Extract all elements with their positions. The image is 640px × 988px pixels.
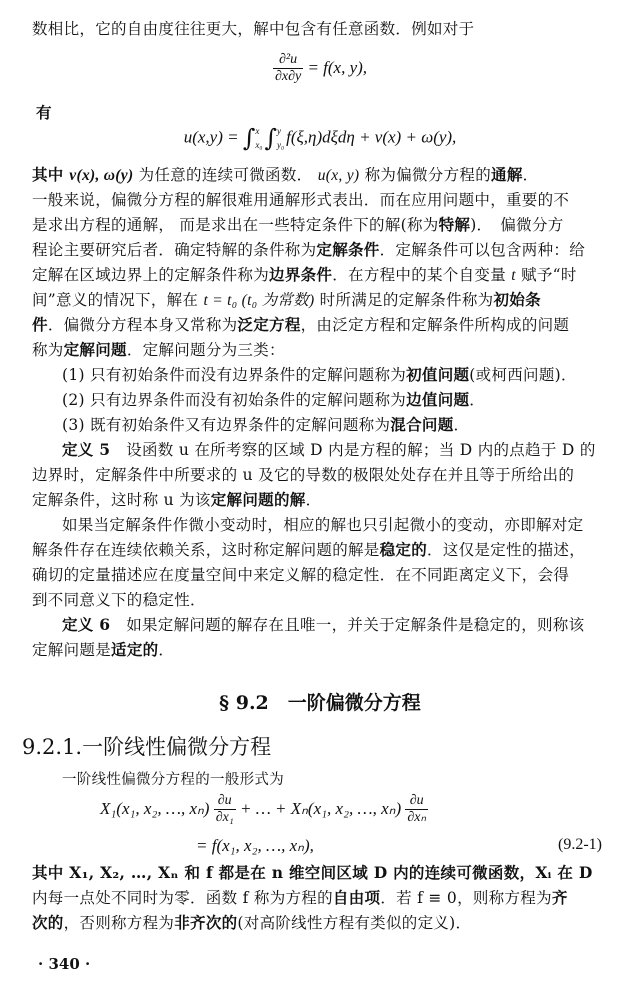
term: 稳定的 xyxy=(380,540,427,559)
term: 特解 xyxy=(439,215,471,234)
definition-5: 定义 5 设函数 u 在所考察的区域 D 内是方程的解；当 D 内的点趋于 D … xyxy=(62,439,622,461)
formula-term: + … + Xₙ(x₁, x₂, …, xₙ) xyxy=(236,799,406,818)
text: 时所满足的定解条件称为 xyxy=(314,291,493,309)
text: 其中 xyxy=(32,165,69,184)
text: 间”意义的情况下，解在 xyxy=(32,291,203,309)
subsection-number: 9.2.1. xyxy=(22,735,82,759)
text-line: 边界时，定解条件中所要求的 u 及它的导数的极限处处存在并且等于所给出的 xyxy=(32,464,592,486)
text: 定解问题是 xyxy=(32,641,111,659)
text: 定解在区域边界上的定解条件称为 xyxy=(32,266,269,284)
section-title: 一阶偏微分方程 xyxy=(288,692,421,714)
fraction: ∂u∂x₁ xyxy=(214,793,236,826)
text: ，由泛定方程和定解条件所构成的问题 xyxy=(301,316,570,334)
text: (对高阶线性方程有类似的定义)． xyxy=(237,914,471,932)
term: 定解问题的解 xyxy=(211,490,306,509)
list-item: (1) 只有初始条件而没有边界条件的定解问题称为初值问题(或柯西问题)． xyxy=(62,364,622,386)
definition-label: 定义 5 xyxy=(62,440,110,459)
text: ． xyxy=(469,391,485,409)
text: ，否则称方程为 xyxy=(64,914,175,932)
text-line: 确切的定量描述应在度量空间中来定义解的稳定性．在不同距离定义下，会得 xyxy=(32,564,592,586)
text: 称为偏微分方程的 xyxy=(359,166,491,184)
text: (2) 只有边界条件而没有初始条件的定解问题称为 xyxy=(62,391,406,409)
term: 适定的 xyxy=(111,640,158,659)
text: ． xyxy=(306,491,322,509)
integral-sign: ∫ xyxy=(243,124,256,152)
fraction: ∂u∂xₙ xyxy=(405,793,428,826)
text-line: 内每一点处不同时为零．函数 f 称为方程的自由项．若 f ≡ 0，则称方程为齐 xyxy=(32,887,592,909)
integrand: f(ξ,η)dξdη + v(x) + ω(y), xyxy=(286,128,456,147)
text: 如果定解问题的解存在且唯一，并关于定解条件是稳定的，则称该 xyxy=(110,616,584,634)
text: ．这仅是定性的描述， xyxy=(427,541,585,559)
formula-term: X₁(x₁, x₂, …, xₙ) xyxy=(100,799,214,818)
subsection-title: 一阶线性偏微分方程 xyxy=(82,735,271,759)
text: 称为 xyxy=(32,341,64,359)
text-line: 是求出方程的通解， 而是求出在一些特定条件下的解(称为特解)． 偏微分方 xyxy=(32,214,592,236)
text-line: 一阶线性偏微分方程的一般形式为 xyxy=(62,769,622,791)
term: 齐 xyxy=(552,888,568,907)
subsection-heading: 9.2.1.一阶线性偏微分方程 xyxy=(22,731,271,761)
text-line: 称为定解问题．定解问题分为三类： xyxy=(32,339,592,361)
term: 初始条 xyxy=(493,290,540,309)
text-line: 定解条件，这时称 u 为该定解问题的解． xyxy=(32,489,592,511)
section-number: § 9.2 xyxy=(219,692,269,714)
numerator: ∂²u xyxy=(273,52,303,69)
denominator: ∂xₙ xyxy=(405,810,428,826)
text-line: 一般来说，偏微分方程的解很难用通解形式表出．而在应用问题中，重要的不 xyxy=(32,189,592,211)
denominator: ∂x₁ xyxy=(214,810,236,826)
formula-pde: ∂²u ∂x∂y = f(x, y), xyxy=(0,52,640,85)
math: u(x, y) xyxy=(318,167,360,184)
text-line: 到不同意义下的稳定性． xyxy=(32,589,592,611)
text: 赋予“时 xyxy=(516,266,577,284)
page-number: · 340 · xyxy=(38,955,90,973)
text: (或柯西问题)． xyxy=(469,366,577,384)
text-line: 定解在区域边界上的定解条件称为边界条件．在方程中的某个自变量 t 赋予“时 xyxy=(32,264,592,287)
text: ．在方程中的某个自变量 xyxy=(332,266,511,284)
math: t = t₀ (t₀ 为常数) xyxy=(203,292,314,309)
formula-general-solution: u(x,y) = ∫xx₀∫yy₀f(ξ,η)dξdη + v(x) + ω(y… xyxy=(0,124,640,152)
text: (3) 既有初始条件又有边界条件的定解问题称为 xyxy=(62,416,390,434)
text-line: 其中 v(x), ω(y) 为任意的连续可微函数． u(x, y) 称为偏微分方… xyxy=(32,164,592,187)
text-line: 数相比，它的自由度往往更大，解中包含有任意函数．例如对于 xyxy=(32,18,592,40)
text: ． xyxy=(523,166,539,184)
term: 定解条件 xyxy=(316,240,379,259)
upper-limit: x xyxy=(255,124,262,138)
text: 设函数 u 在所考察的区域 D 内是方程的解；当 D 内的点趋于 D 的 xyxy=(110,441,595,459)
formula-lhs: u(x,y) = xyxy=(184,128,243,147)
list-item: (3) 既有初始条件又有边界条件的定解问题称为混合问题． xyxy=(62,414,622,436)
text-line: 间”意义的情况下，解在 t = t₀ (t₀ 为常数) 时所满足的定解条件称为初… xyxy=(32,289,592,312)
numerator: ∂u xyxy=(405,793,428,810)
definition-label: 定义 6 xyxy=(62,615,110,634)
term: 通解 xyxy=(491,165,523,184)
term: 自由项 xyxy=(333,888,380,907)
text-line: 其中 X₁, X₂, …, Xₙ 和 f 都是在 n 维空间区域 D 内的连续可… xyxy=(32,862,592,884)
text-line: 解条件存在连续依赖关系，这时称定解问题的解是稳定的．这仅是定性的描述， xyxy=(32,539,592,561)
text: ． xyxy=(158,641,174,659)
text-line: 有 xyxy=(36,102,596,124)
text-line: 次的，否则称方程为非齐次的(对高阶线性方程有类似的定义)． xyxy=(32,912,592,934)
integral-sign: ∫ xyxy=(264,124,277,152)
text-line: 定解问题是适定的． xyxy=(32,639,592,661)
definition-6: 定义 6 如果定解问题的解存在且唯一，并关于定解条件是稳定的，则称该 xyxy=(62,614,622,636)
term: 定解问题 xyxy=(64,340,127,359)
text: 程论主要研究后者．确定特解的条件称为 xyxy=(32,241,316,259)
term: 初值问题 xyxy=(406,365,469,384)
text: ．若 f ≡ 0，则称方程为 xyxy=(380,889,552,907)
text-line: 如果当定解条件作微小变动时，相应的解也只引起微小的变动，亦即解对定 xyxy=(62,514,622,536)
text: 内每一点处不同时为零．函数 f 称为方程的 xyxy=(32,889,333,907)
math: v(x), ω(y) xyxy=(69,167,133,184)
list-item: (2) 只有边界条件而没有初始条件的定解问题称为边值问题． xyxy=(62,389,622,411)
text: 是求出方程的通解， 而是求出在一些特定条件下的解(称为 xyxy=(32,216,439,234)
text: 定解条件，这时称 u 为该 xyxy=(32,491,211,509)
term: 泛定方程 xyxy=(237,315,300,334)
text: 为任意的连续可微函数． xyxy=(133,166,317,184)
section-heading: § 9.2 一阶偏微分方程 xyxy=(0,688,640,715)
term: 边界条件 xyxy=(269,265,332,284)
text: ．定解问题分为三类： xyxy=(127,341,285,359)
fraction: ∂²u ∂x∂y xyxy=(273,52,303,85)
formula-rhs: = f(x₁, x₂, …, xₙ), xyxy=(196,836,314,856)
term: 件 xyxy=(32,315,48,334)
upper-limit: y xyxy=(277,124,284,138)
text: ．偏微分方程本身又常称为 xyxy=(48,316,238,334)
text: ．定解条件可以包含两种：给 xyxy=(380,241,585,259)
text: ． xyxy=(454,416,470,434)
formula-first-order-linear: X₁(x₁, x₂, …, xₙ) ∂u∂x₁ + … + Xₙ(x₁, x₂,… xyxy=(100,793,428,826)
lower-limit: y₀ xyxy=(277,138,284,152)
text: 解条件存在连续依赖关系，这时称定解问题的解是 xyxy=(32,541,380,559)
term: 混合问题 xyxy=(390,415,453,434)
numerator: ∂u xyxy=(214,793,236,810)
text-line: 件．偏微分方程本身又常称为泛定方程，由泛定方程和定解条件所构成的问题 xyxy=(32,314,592,336)
formula-rhs: = f(x, y), xyxy=(303,58,367,77)
text: (1) 只有初始条件而没有边界条件的定解问题称为 xyxy=(62,366,406,384)
denominator: ∂x∂y xyxy=(273,69,303,85)
equation-number: (9.2-1) xyxy=(558,836,602,854)
text: )． 偏微分方 xyxy=(470,216,563,234)
term: 边值问题 xyxy=(406,390,469,409)
term: 非齐次的 xyxy=(174,913,237,932)
text-line: 程论主要研究后者．确定特解的条件称为定解条件．定解条件可以包含两种：给 xyxy=(32,239,592,261)
term: 次的 xyxy=(32,913,64,932)
lower-limit: x₀ xyxy=(255,138,262,152)
